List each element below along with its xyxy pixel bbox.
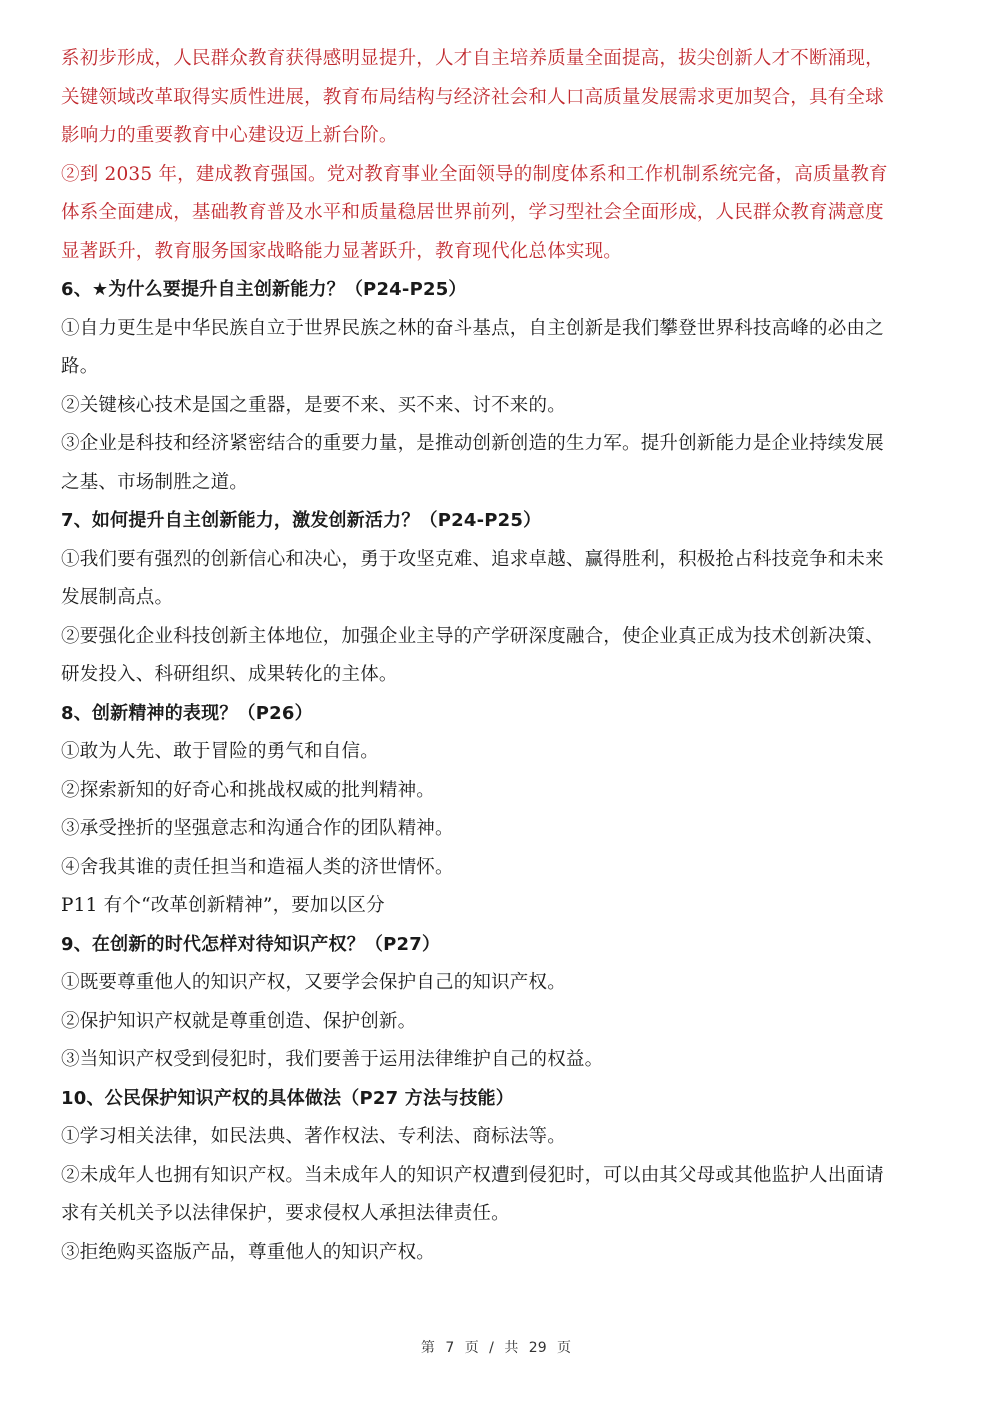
answer-line: ②要强化企业科技创新主体地位，加强企业主导的产学研深度融合，使企业真正成为技术创… xyxy=(61,618,941,657)
answer-line: ③承受挫折的坚强意志和沟通合作的团队精神。 xyxy=(61,810,941,849)
answer-line: 之基、市场制胜之道。 xyxy=(61,464,941,503)
answer-line: ③拒绝购买盗版产品，尊重他人的知识产权。 xyxy=(61,1234,941,1273)
question-heading: 8、创新精神的表现？（P26） xyxy=(61,695,941,734)
answer-line: ③企业是科技和经济紧密结合的重要力量，是推动创新创造的生力军。提升创新能力是企业… xyxy=(61,425,941,464)
paragraph-line: 显著跃升，教育服务国家战略能力显著跃升，教育现代化总体实现。 xyxy=(61,233,941,272)
paragraph-line: 关键领域改革取得实质性进展，教育布局结构与经济社会和人口高质量发展需求更加契合，… xyxy=(61,79,941,118)
question-6: 6、★为什么要提升自主创新能力？（P24-P25） ①自力更生是中华民族自立于世… xyxy=(61,271,941,502)
question-heading: 10、公民保护知识产权的具体做法（P27 方法与技能） xyxy=(61,1080,941,1119)
question-heading: 6、★为什么要提升自主创新能力？（P24-P25） xyxy=(61,271,941,310)
question-10: 10、公民保护知识产权的具体做法（P27 方法与技能） ①学习相关法律，如民法典… xyxy=(61,1080,941,1273)
answer-line: 求有关机关予以法律保护，要求侵权人承担法律责任。 xyxy=(61,1195,941,1234)
document-page: 系初步形成，人民群众教育获得感明显提升，人才自主培养质量全面提高，拔尖创新人才不… xyxy=(61,40,941,1272)
question-7: 7、如何提升自主创新能力，激发创新活力？（P24-P25） ①我们要有强烈的创新… xyxy=(61,502,941,695)
question-8: 8、创新精神的表现？（P26） ①敢为人先、敢于冒险的勇气和自信。 ②探索新知的… xyxy=(61,695,941,926)
answer-line: ④舍我其谁的责任担当和造福人类的济世情怀。 xyxy=(61,849,941,888)
answer-line: ②未成年人也拥有知识产权。当未成年人的知识产权遭到侵犯时，可以由其父母或其他监护… xyxy=(61,1157,941,1196)
answer-line: ①我们要有强烈的创新信心和决心，勇于攻坚克难、追求卓越、赢得胜利，积极抢占科技竞… xyxy=(61,541,941,580)
paragraph-line: 体系全面建成，基础教育普及水平和质量稳居世界前列，学习型社会全面形成，人民群众教… xyxy=(61,194,941,233)
answer-line: ①学习相关法律，如民法典、著作权法、专利法、商标法等。 xyxy=(61,1118,941,1157)
question-heading: 9、在创新的时代怎样对待知识产权？（P27） xyxy=(61,926,941,965)
intro-red-section: 系初步形成，人民群众教育获得感明显提升，人才自主培养质量全面提高，拔尖创新人才不… xyxy=(61,40,941,271)
answer-line: ①自力更生是中华民族自立于世界民族之林的奋斗基点，自主创新是我们攀登世界科技高峰… xyxy=(61,310,941,349)
answer-line: 发展制高点。 xyxy=(61,579,941,618)
answer-line: ③当知识产权受到侵犯时，我们要善于运用法律维护自己的权益。 xyxy=(61,1041,941,1080)
answer-line: ②关键核心技术是国之重器，是要不来、买不来、讨不来的。 xyxy=(61,387,941,426)
paragraph-line: ②到 2035 年，建成教育强国。党对教育事业全面领导的制度体系和工作机制系统完… xyxy=(61,156,941,195)
note-line: P11 有个“改革创新精神”，要加以区分 xyxy=(61,887,941,926)
answer-line: 路。 xyxy=(61,348,941,387)
answer-line: ②探索新知的好奇心和挑战权威的批判精神。 xyxy=(61,772,941,811)
answer-line: ①敢为人先、敢于冒险的勇气和自信。 xyxy=(61,733,941,772)
question-heading: 7、如何提升自主创新能力，激发创新活力？（P24-P25） xyxy=(61,502,941,541)
paragraph-line: 影响力的重要教育中心建设迈上新台阶。 xyxy=(61,117,941,156)
answer-line: ②保护知识产权就是尊重创造、保护创新。 xyxy=(61,1003,941,1042)
page-number-footer: 第 7 页 / 共 29 页 xyxy=(0,1337,992,1357)
question-9: 9、在创新的时代怎样对待知识产权？（P27） ①既要尊重他人的知识产权，又要学会… xyxy=(61,926,941,1080)
paragraph-line: 系初步形成，人民群众教育获得感明显提升，人才自主培养质量全面提高，拔尖创新人才不… xyxy=(61,40,941,79)
answer-line: 研发投入、科研组织、成果转化的主体。 xyxy=(61,656,941,695)
answer-line: ①既要尊重他人的知识产权，又要学会保护自己的知识产权。 xyxy=(61,964,941,1003)
